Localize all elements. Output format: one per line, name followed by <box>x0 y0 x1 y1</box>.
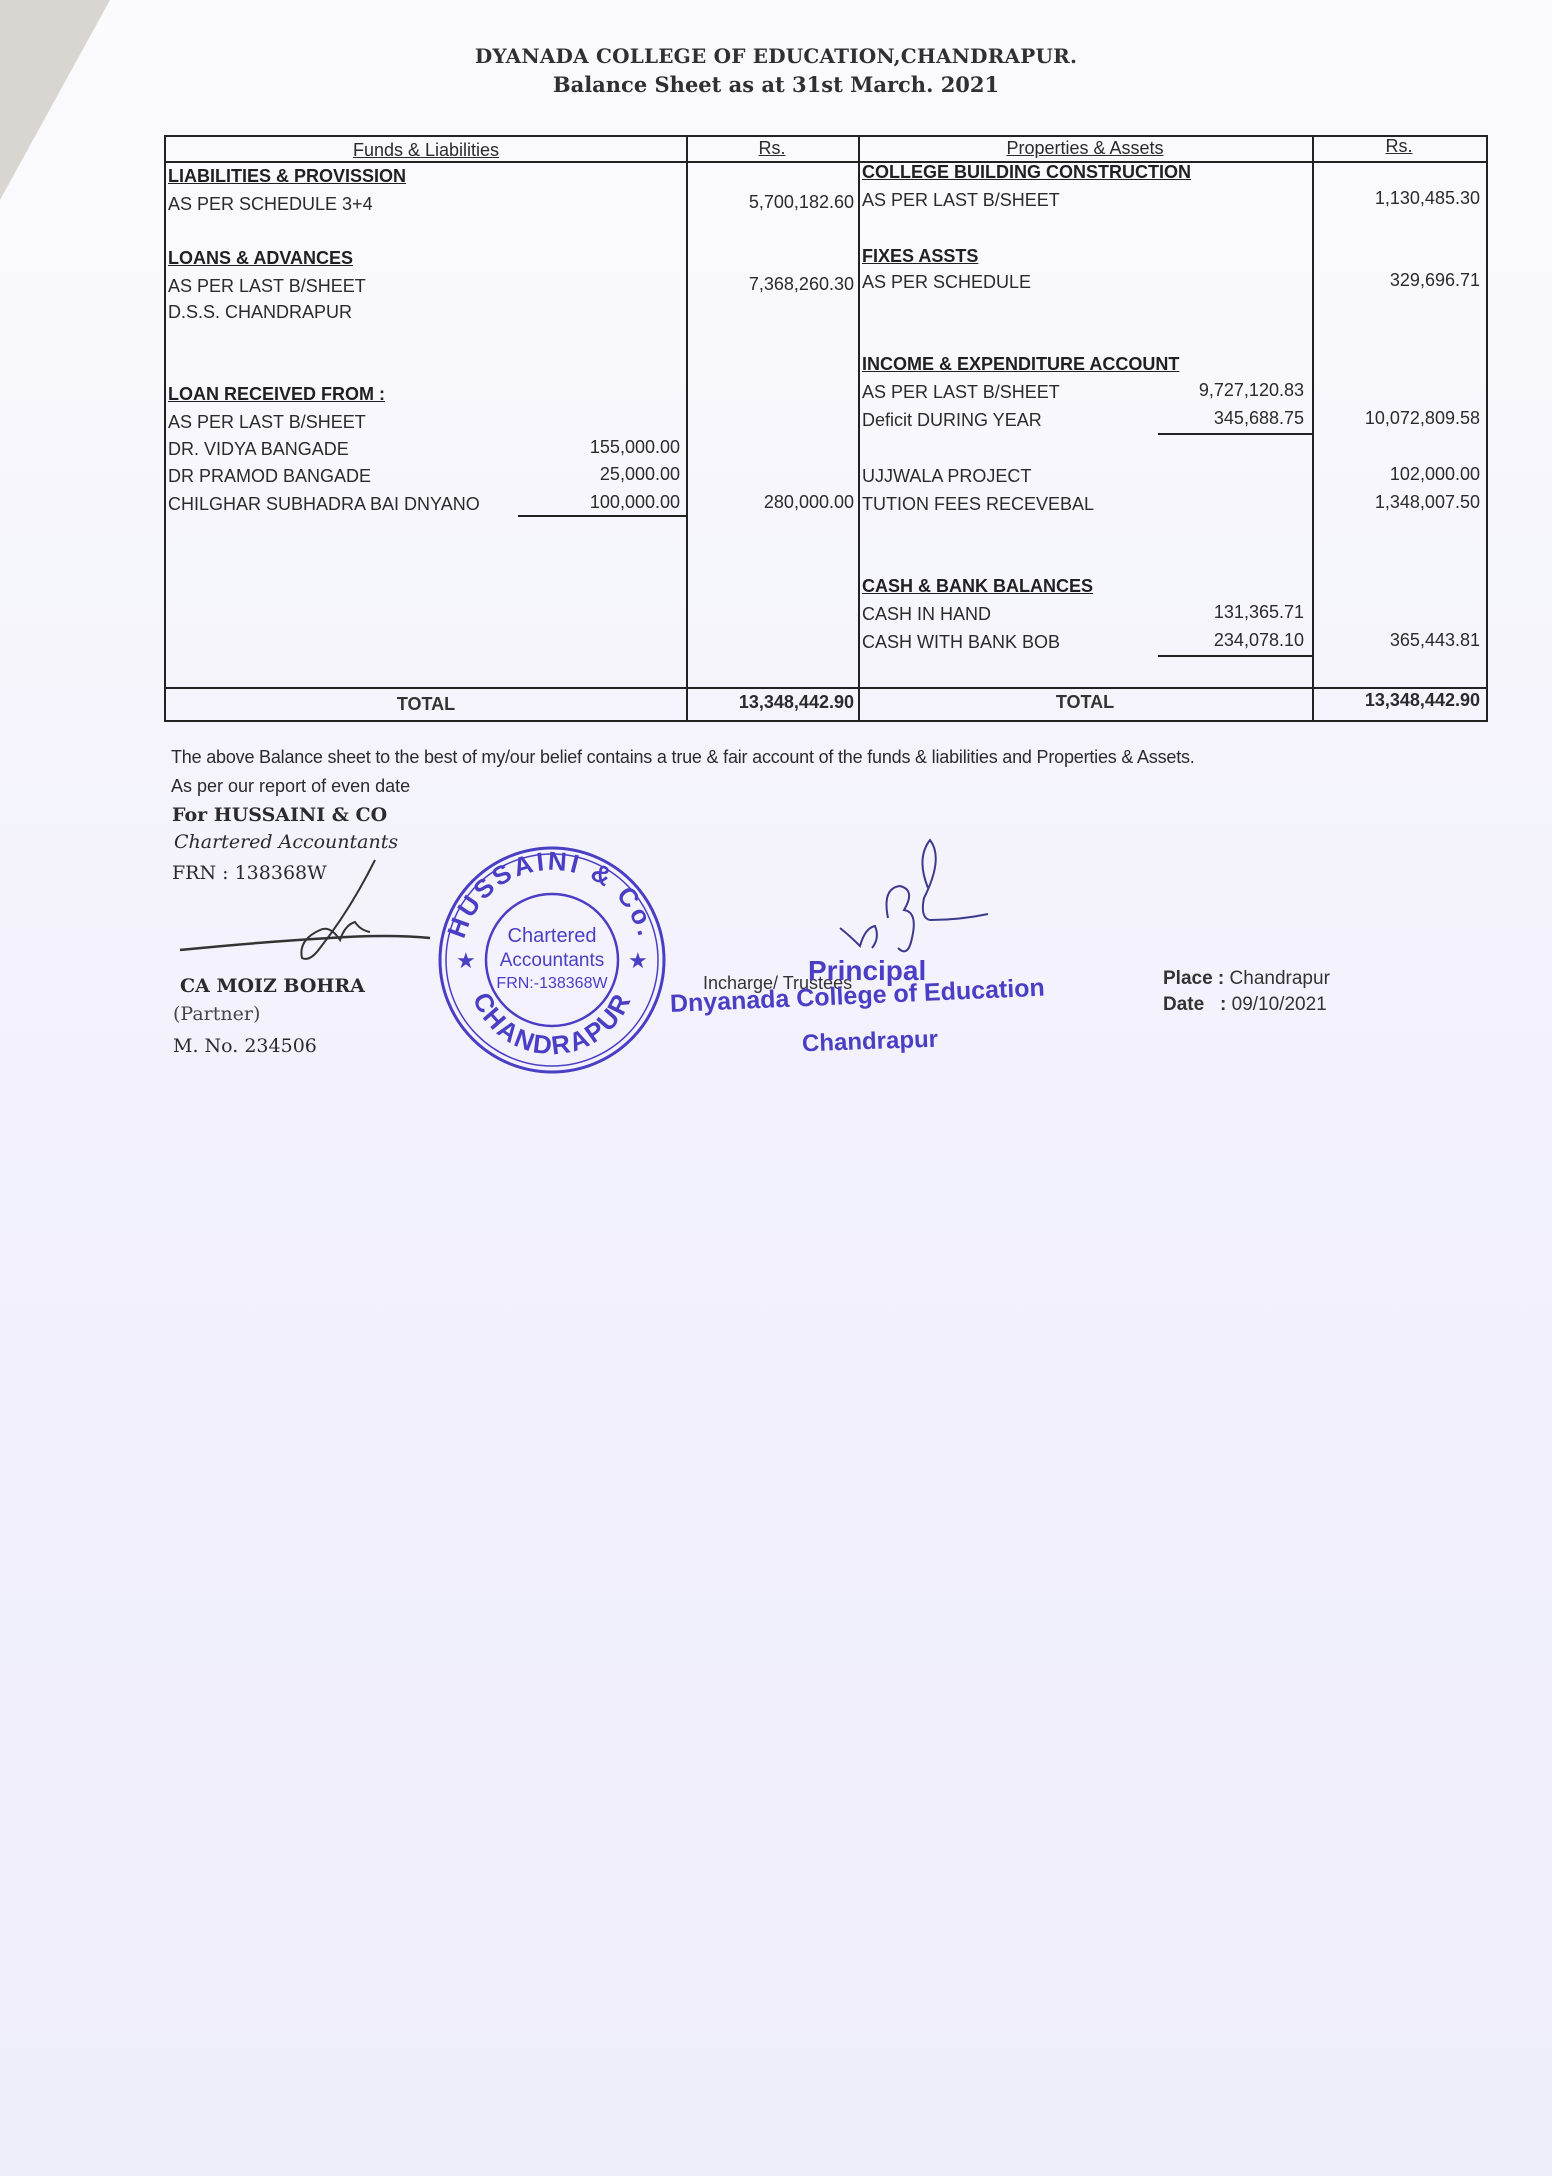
ie-total-amount: 10,072,809.58 <box>1312 407 1480 429</box>
building-last-bsheet-line: AS PER LAST B/SHEET <box>862 189 1060 211</box>
column-divider <box>686 137 688 720</box>
college-title: DYANADA COLLEGE OF EDUCATION,CHANDRAPUR. <box>0 44 1552 68</box>
balance-sheet-table: Funds & Liabilities Rs. Properties & Ass… <box>164 135 1488 722</box>
cash-bank-total: 365,443.81 <box>1312 629 1480 651</box>
cash-row-label: CASH IN HAND <box>862 603 991 625</box>
stamp-star-icon: ★ <box>456 948 476 973</box>
date-label: Date : <box>1163 994 1226 1015</box>
loan-row-name: DR PRAMOD BANGADE <box>168 465 371 487</box>
loan-row-name: DR. VIDYA BANGADE <box>168 438 349 460</box>
building-amount: 1,130,485.30 <box>1312 187 1480 209</box>
tuition-label: TUTION FEES RECEVEBAL <box>862 493 1094 515</box>
scanned-corner-fold <box>0 0 110 200</box>
ie-row-amount: 9,727,120.83 <box>1126 379 1304 401</box>
section-cash-bank: CASH & BANK BALANCES <box>862 575 1093 597</box>
balance-sheet-subtitle: Balance Sheet as at 31st March. 2021 <box>0 72 1552 97</box>
stamp-star-icon: ★ <box>628 948 648 973</box>
right-total-amount: 13,348,442.90 <box>1312 689 1480 711</box>
ie-row-label: AS PER LAST B/SHEET <box>862 381 1060 403</box>
right-total-label: TOTAL <box>858 691 1312 713</box>
date-field: Date : 09/10/2021 <box>1163 994 1327 1016</box>
cash-subtotal-rule <box>1158 655 1312 657</box>
partner-name: CA MOIZ BOHRA <box>180 975 365 997</box>
cash-row-amount: 234,078.10 <box>1126 629 1304 651</box>
loan-received-last-bsheet: AS PER LAST B/SHEET <box>168 411 366 433</box>
loans-dss-line: D.S.S. CHANDRAPUR <box>168 301 352 323</box>
svg-text:CHANDRAPUR: CHANDRAPUR <box>467 988 637 1061</box>
loan-row-amount: 100,000.00 <box>506 491 680 513</box>
ie-row-amount: 345,688.75 <box>1126 407 1304 429</box>
left-total-amount: 13,348,442.90 <box>686 691 854 713</box>
loan-subtotal-rule <box>518 515 686 517</box>
principal-stamp-city: Chandrapur <box>802 1026 939 1059</box>
loan-row-amount: 155,000.00 <box>506 436 680 458</box>
liabilities-amount: 5,700,182.60 <box>686 191 854 213</box>
stamp-line-3: FRN:-138368W <box>496 975 608 992</box>
stamp-outer-bottom: CHANDRAPUR <box>467 988 637 1061</box>
liabilities-schedule-line: AS PER SCHEDULE 3+4 <box>168 193 373 215</box>
tuition-amount: 1,348,007.50 <box>1312 491 1480 513</box>
fixed-assets-amount: 329,696.71 <box>1312 269 1480 291</box>
loan-row-name: CHILGHAR SUBHADRA BAI DNYANO <box>168 493 480 515</box>
firm-name: For HUSSAINI & CO <box>172 804 387 826</box>
ujjwala-amount: 102,000.00 <box>1312 463 1480 485</box>
loan-received-total: 280,000.00 <box>686 491 854 513</box>
declaration-text: The above Balance sheet to the best of m… <box>171 747 1195 768</box>
membership-number: M. No. 234506 <box>173 1035 317 1057</box>
partner-role: (Partner) <box>173 1003 260 1025</box>
header-funds-liabilities: Funds & Liabilities <box>166 139 686 161</box>
stamp-line-2: Accountants <box>500 950 605 971</box>
section-liabilities-provission: LIABILITIES & PROVISSION <box>168 165 406 187</box>
ca-firm-stamp: HUSSAINI & Co. CHANDRAPUR Chartered Acco… <box>432 840 672 1080</box>
section-loans-advances: LOANS & ADVANCES <box>168 247 353 269</box>
loan-row-amount: 25,000.00 <box>506 463 680 485</box>
ie-row-label: Deficit DURING YEAR <box>862 409 1042 431</box>
report-note: As per our report of even date <box>171 776 410 797</box>
section-fixed-assets: FIXES ASSTS <box>862 245 978 267</box>
ujjwala-label: UJJWALA PROJECT <box>862 465 1031 487</box>
stamp-line-1: Chartered <box>508 925 597 947</box>
cash-row-label: CASH WITH BANK BOB <box>862 631 1060 653</box>
date-value: 09/10/2021 <box>1232 994 1327 1015</box>
header-properties-assets: Properties & Assets <box>858 137 1312 159</box>
place-value: Chandrapur <box>1230 968 1330 989</box>
place-label: Place : <box>1163 968 1224 989</box>
ie-subtotal-rule <box>1158 433 1312 435</box>
ca-signature <box>170 830 450 970</box>
loans-advances-amount: 7,368,260.30 <box>686 273 854 295</box>
fixed-assets-schedule-line: AS PER SCHEDULE <box>862 271 1031 293</box>
loans-last-bsheet-line: AS PER LAST B/SHEET <box>168 275 366 297</box>
cash-row-amount: 131,365.71 <box>1126 601 1304 623</box>
total-row-divider <box>166 687 1486 689</box>
column-divider <box>858 137 860 720</box>
section-loan-received-from: LOAN RECEIVED FROM : <box>168 383 385 405</box>
place-field: Place : Chandrapur <box>1163 968 1330 990</box>
header-left-rs: Rs. <box>686 137 858 159</box>
header-right-rs: Rs. <box>1312 135 1486 157</box>
header-row-divider <box>166 161 1486 163</box>
left-total-label: TOTAL <box>166 693 686 715</box>
section-college-building: COLLEGE BUILDING CONSTRUCTION <box>862 161 1191 183</box>
section-income-expenditure: INCOME & EXPENDITURE ACCOUNT <box>862 353 1179 375</box>
